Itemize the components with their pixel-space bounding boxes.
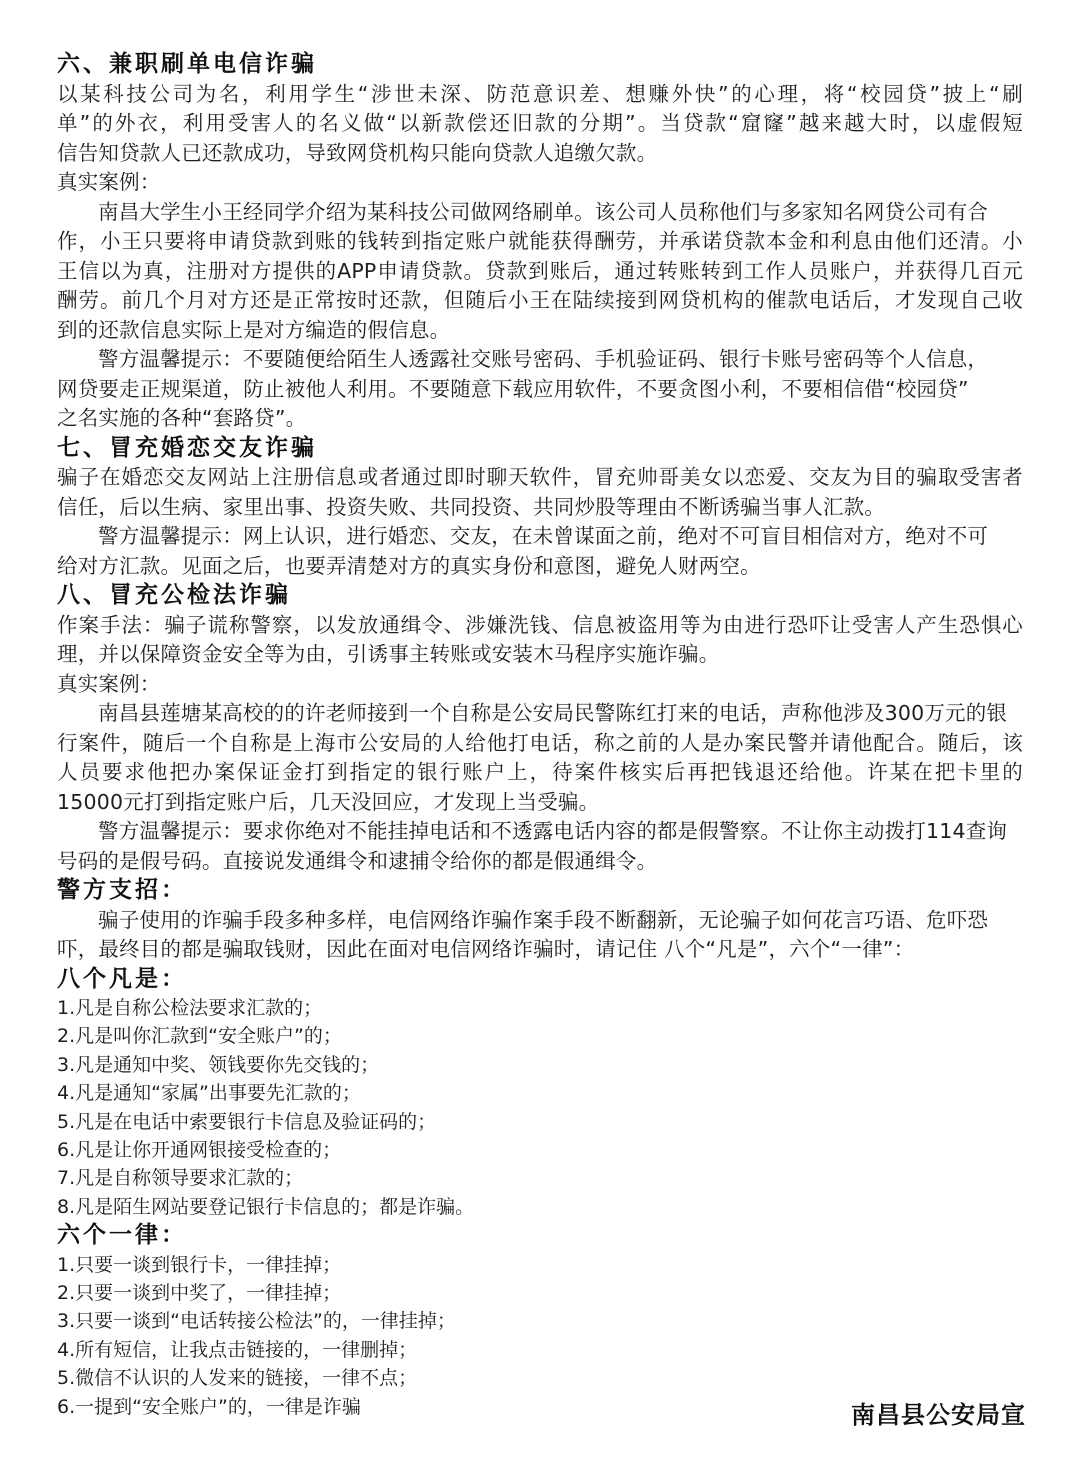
- eight-rules-heading: 八个凡是：: [57, 965, 1032, 995]
- section-8-tip-line: 号码的是假号码。直接说发通缉令和逮捕令给你的都是假通缉令。: [57, 847, 1032, 877]
- section-6-case-line: 酬劳。前几个月对方还是正常按时还款，但随后小王在陆续接到网贷机构的催款电话后，才…: [57, 286, 1023, 316]
- section-6-case-line: 到的还款信息实际上是对方编造的假信息。: [57, 316, 1032, 346]
- eight-rules-item: 8.凡是陌生网站要登记银行卡信息的；都是诈骗。: [57, 1193, 1032, 1221]
- six-rules-item: 1.只要一谈到银行卡，一律挂掉；: [57, 1251, 1032, 1279]
- section-8-case-line: 南昌县莲塘某高校的的许老师接到一个自称是公安局民警陈红打来的电话，声称他涉及30…: [57, 699, 1032, 729]
- advice-line: 吓，最终目的都是骗取钱财，因此在面对电信网络诈骗时，请记住 八个“凡是”，六个“…: [57, 935, 1032, 965]
- section-7-intro-line: 信任，后以生病、家里出事、投资失败、共同投资、共同炒股等理由不断诱骗当事人汇款。: [57, 493, 1032, 523]
- six-rules-item: 2.只要一谈到中奖了，一律挂掉；: [57, 1279, 1032, 1307]
- section-7-tip-line: 给对方汇款。见面之后，也要弄清楚对方的真实身份和意图，避免人财两空。: [57, 552, 1032, 582]
- advice-heading: 警方支招：: [57, 876, 1032, 906]
- issuer-signature: 南昌县公安局宣: [851, 1395, 1026, 1430]
- eight-rules-item: 7.凡是自称领导要求汇款的；: [57, 1164, 1032, 1192]
- section-8-case-label: 真实案例：: [57, 670, 1032, 700]
- eight-rules-item: 4.凡是通知“家属”出事要先汇款的；: [57, 1079, 1032, 1107]
- section-6-case-line: 作，小王只要将申请贷款到账的钱转到指定账户就能获得酬劳，并承诺贷款本金和利息由他…: [57, 227, 1023, 257]
- section-6-case-label: 真实案例：: [57, 168, 1032, 198]
- section-6-tip-line: 之名实施的各种“套路贷”。: [57, 404, 1032, 434]
- document-page: 六、兼职刷单电信诈骗 以某科技公司为名，利用学生“涉世未深、防范意识差、想赚外快…: [57, 50, 1032, 1421]
- section-7-intro-line: 骗子在婚恋交友网站上注册信息或者通过即时聊天软件，冒充帅哥美女以恋爱、交友为目的…: [57, 463, 1023, 493]
- section-6-tip-line: 警方温馨提示：不要随便给陌生人透露社交账号密码、手机验证码、银行卡账号密码等个人…: [57, 345, 1032, 375]
- section-6-tip-line: 网贷要走正规渠道，防止被他人利用。不要随意下载应用软件，不要贪图小利，不要相信借…: [57, 375, 1032, 405]
- section-7-tip-line: 警方温馨提示：网上认识，进行婚恋、交友，在未曾谋面之前，绝对不可盲目相信对方，绝…: [57, 522, 1032, 552]
- six-rules-item: 4.所有短信，让我点击链接的，一律删掉；: [57, 1336, 1032, 1364]
- section-6-case-line: 南昌大学生小王经同学介绍为某科技公司做网络刷单。该公司人员称他们与多家知名网贷公…: [57, 198, 1032, 228]
- advice-line: 骗子使用的诈骗手段多种多样，电信网络诈骗作案手段不断翻新，无论骗子如何花言巧语、…: [57, 906, 1032, 936]
- section-8-intro-line: 作案手法：骗子谎称警察，以发放通缉令、涉嫌洗钱、信息被盗用等为由进行恐吓让受害人…: [57, 611, 1023, 641]
- section-6-intro-line: 以某科技公司为名，利用学生“涉世未深、防范意识差、想赚外快”的心理，将“校园贷”…: [57, 80, 1023, 110]
- section-8-case-line: 行案件，随后一个自称是上海市公安局的人给他打电话，称之前的人是办案民警并请他配合…: [57, 729, 1023, 759]
- eight-rules-item: 1.凡是自称公检法要求汇款的；: [57, 994, 1032, 1022]
- section-8-tip-line: 警方温馨提示：要求你绝对不能挂掉电话和不透露电话内容的都是假警察。不让你主动拨打…: [57, 817, 1032, 847]
- eight-rules-item: 3.凡是通知中奖、领钱要你先交钱的；: [57, 1051, 1032, 1079]
- section-6-intro-line: 单”的外衣，利用受害人的名义做“以新款偿还旧款的分期”。当贷款“窟窿”越来越大时…: [57, 109, 1023, 139]
- six-rules-item: 5.微信不认识的人发来的链接，一律不点；: [57, 1364, 1032, 1392]
- eight-rules-item: 6.凡是让你开通网银接受检查的；: [57, 1136, 1032, 1164]
- section-6-heading: 六、兼职刷单电信诈骗: [57, 50, 1032, 80]
- section-7-heading: 七、冒充婚恋交友诈骗: [57, 434, 1032, 464]
- eight-rules-item: 2.凡是叫你汇款到“安全账户”的；: [57, 1022, 1032, 1050]
- eight-rules-item: 5.凡是在电话中索要银行卡信息及验证码的；: [57, 1108, 1032, 1136]
- section-6-case-line: 王信以为真，注册对方提供的APP申请贷款。贷款到账后，通过转账转到工作人员账户，…: [57, 257, 1023, 287]
- section-8-case-line: 人员要求他把办案保证金打到指定的银行账户上，待案件核实后再把钱退还给他。许某在把…: [57, 758, 1023, 788]
- six-rules-heading: 六个一律：: [57, 1221, 1032, 1251]
- section-8-intro-line: 理，并以保障资金安全等为由，引诱事主转账或安装木马程序实施诈骗。: [57, 640, 1032, 670]
- six-rules-item: 3.只要一谈到“电话转接公检法”的，一律挂掉；: [57, 1307, 1032, 1335]
- section-8-heading: 八、冒充公检法诈骗: [57, 581, 1032, 611]
- section-8-case-line: 15000元打到指定账户后，几天没回应，才发现上当受骗。: [57, 788, 1032, 818]
- section-6-intro-line: 信告知贷款人已还款成功，导致网贷机构只能向贷款人追缴欠款。: [57, 139, 1032, 169]
